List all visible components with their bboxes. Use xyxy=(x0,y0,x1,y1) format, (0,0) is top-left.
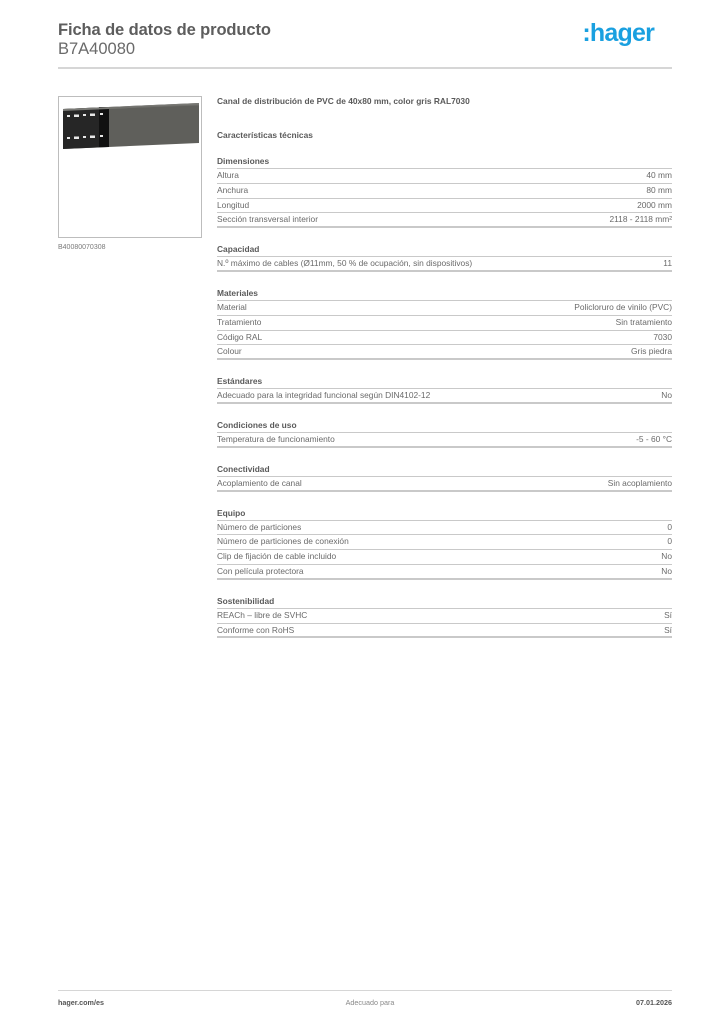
spec-label: Clip de fijación de cable incluido xyxy=(217,550,336,564)
spec-label: Tratamiento xyxy=(217,316,261,330)
spec-row: REACh – libre de SVHCSí xyxy=(217,609,672,624)
product-description: Canal de distribución de PVC de 40x80 mm… xyxy=(217,96,672,106)
spec-group-title: Capacidad xyxy=(217,244,672,257)
spec-rows: Número de particiones0Número de particio… xyxy=(217,521,672,580)
spec-group: Condiciones de usoTemperatura de funcion… xyxy=(217,420,672,448)
product-code: B7A40080 xyxy=(58,40,672,58)
spec-value: 7030 xyxy=(653,331,672,345)
spec-group-title: Equipo xyxy=(217,508,672,521)
spec-value: No xyxy=(661,565,672,578)
spec-row: Número de particiones de conexión0 xyxy=(217,535,672,550)
spec-row: Adecuado para la integridad funcional se… xyxy=(217,389,672,404)
spec-row: Longitud2000 mm xyxy=(217,199,672,214)
spec-value: 40 mm xyxy=(646,169,672,183)
spec-label: Con película protectora xyxy=(217,565,304,578)
spec-row: Número de particiones0 xyxy=(217,521,672,536)
spec-label: Temperatura de funcionamiento xyxy=(217,433,335,446)
spec-value: Sí xyxy=(664,624,672,637)
spec-value: No xyxy=(661,550,672,564)
spec-group-title: Materiales xyxy=(217,288,672,301)
spec-label: Número de particiones de conexión xyxy=(217,535,349,549)
spec-group-title: Conectividad xyxy=(217,464,672,477)
spec-row: MaterialPolicloruro de vinilo (PVC) xyxy=(217,301,672,316)
spec-group-title: Estándares xyxy=(217,376,672,389)
spec-label: Anchura xyxy=(217,184,248,198)
product-image xyxy=(58,96,202,238)
spec-value: No xyxy=(661,389,672,402)
spec-row: ColourGris piedra xyxy=(217,345,672,360)
spec-value: Policloruro de vinilo (PVC) xyxy=(574,301,672,315)
spec-label: Código RAL xyxy=(217,331,262,345)
spec-value: Gris piedra xyxy=(631,345,672,358)
spec-value: Sin acoplamiento xyxy=(608,477,672,490)
header-divider xyxy=(58,67,672,69)
website-link[interactable]: hager.com/es xyxy=(58,998,104,1007)
spec-rows: Altura40 mmAnchura80 mmLongitud2000 mmSe… xyxy=(217,169,672,228)
spec-rows: REACh – libre de SVHCSíConforme con RoHS… xyxy=(217,609,672,639)
spec-groups: DimensionesAltura40 mmAnchura80 mmLongit… xyxy=(217,156,672,638)
spec-row: Acoplamiento de canalSin acoplamiento xyxy=(217,477,672,492)
spec-label: Colour xyxy=(217,345,242,358)
spec-label: Número de particiones xyxy=(217,521,301,535)
spec-group: CapacidadN.º máximo de cables (Ø11mm, 50… xyxy=(217,244,672,272)
spec-label: N.º máximo de cables (Ø11mm, 50 % de ocu… xyxy=(217,257,472,270)
spec-group: EquipoNúmero de particiones0Número de pa… xyxy=(217,508,672,580)
spec-value: Sin tratamiento xyxy=(616,316,672,330)
spec-rows: MaterialPolicloruro de vinilo (PVC)Trata… xyxy=(217,301,672,360)
spec-row: TratamientoSin tratamiento xyxy=(217,316,672,331)
spec-group-title: Sostenibilidad xyxy=(217,596,672,609)
spec-rows: N.º máximo de cables (Ø11mm, 50 % de ocu… xyxy=(217,257,672,272)
document-date: 07.01.2026 xyxy=(636,998,672,1007)
spec-group: MaterialesMaterialPolicloruro de vinilo … xyxy=(217,288,672,360)
spec-label: Conforme con RoHS xyxy=(217,624,294,637)
spec-row: N.º máximo de cables (Ø11mm, 50 % de ocu… xyxy=(217,257,672,272)
document-footer: hager.com/es Adecuado para 07.01.2026 xyxy=(58,998,672,1007)
spec-row: Clip de fijación de cable incluidoNo xyxy=(217,550,672,565)
spec-group: ConectividadAcoplamiento de canalSin aco… xyxy=(217,464,672,492)
document-title: Ficha de datos de producto xyxy=(58,21,672,40)
product-specs: Canal de distribución de PVC de 40x80 mm… xyxy=(217,96,672,638)
spec-group-title: Dimensiones xyxy=(217,156,672,169)
spec-value: -5 - 60 °C xyxy=(636,433,672,446)
spec-label: Sección transversal interior xyxy=(217,213,318,226)
document-header: Ficha de datos de producto B7A40080 :hag… xyxy=(58,21,672,58)
section-title: Características técnicas xyxy=(217,130,672,140)
spec-row: Conforme con RoHSSí xyxy=(217,624,672,639)
spec-label: Material xyxy=(217,301,247,315)
spec-rows: Acoplamiento de canalSin acoplamiento xyxy=(217,477,672,492)
spec-value: 0 xyxy=(667,535,672,549)
spec-row: Sección transversal interior2118 - 2118 … xyxy=(217,213,672,228)
spec-row: Altura40 mm xyxy=(217,169,672,184)
spec-value: 2118 - 2118 mm² xyxy=(609,213,672,226)
spec-label: Longitud xyxy=(217,199,249,213)
spec-group: EstándaresAdecuado para la integridad fu… xyxy=(217,376,672,404)
spec-value: 11 xyxy=(663,257,672,270)
footer-divider xyxy=(58,990,672,991)
spec-row: Anchura80 mm xyxy=(217,184,672,199)
spec-label: Adecuado para la integridad funcional se… xyxy=(217,389,430,402)
hager-logo: :hager xyxy=(582,21,654,45)
spec-label: Altura xyxy=(217,169,239,183)
spec-row: Código RAL7030 xyxy=(217,331,672,346)
spec-row: Temperatura de funcionamiento-5 - 60 °C xyxy=(217,433,672,448)
spec-group-title: Condiciones de uso xyxy=(217,420,672,433)
spec-label: REACh – libre de SVHC xyxy=(217,609,307,623)
spec-group: DimensionesAltura40 mmAnchura80 mmLongit… xyxy=(217,156,672,228)
spec-value: 2000 mm xyxy=(637,199,672,213)
spec-value: 80 mm xyxy=(646,184,672,198)
spec-value: 0 xyxy=(667,521,672,535)
spec-rows: Adecuado para la integridad funcional se… xyxy=(217,389,672,404)
cable-trunking-illustration xyxy=(59,97,202,238)
spec-rows: Temperatura de funcionamiento-5 - 60 °C xyxy=(217,433,672,448)
spec-group: SostenibilidadREACh – libre de SVHCSíCon… xyxy=(217,596,672,639)
footer-note: Adecuado para xyxy=(346,998,395,1007)
image-reference: B40080070308 xyxy=(58,244,106,251)
spec-label: Acoplamiento de canal xyxy=(217,477,302,490)
spec-row: Con película protectoraNo xyxy=(217,565,672,580)
spec-value: Sí xyxy=(664,609,672,623)
